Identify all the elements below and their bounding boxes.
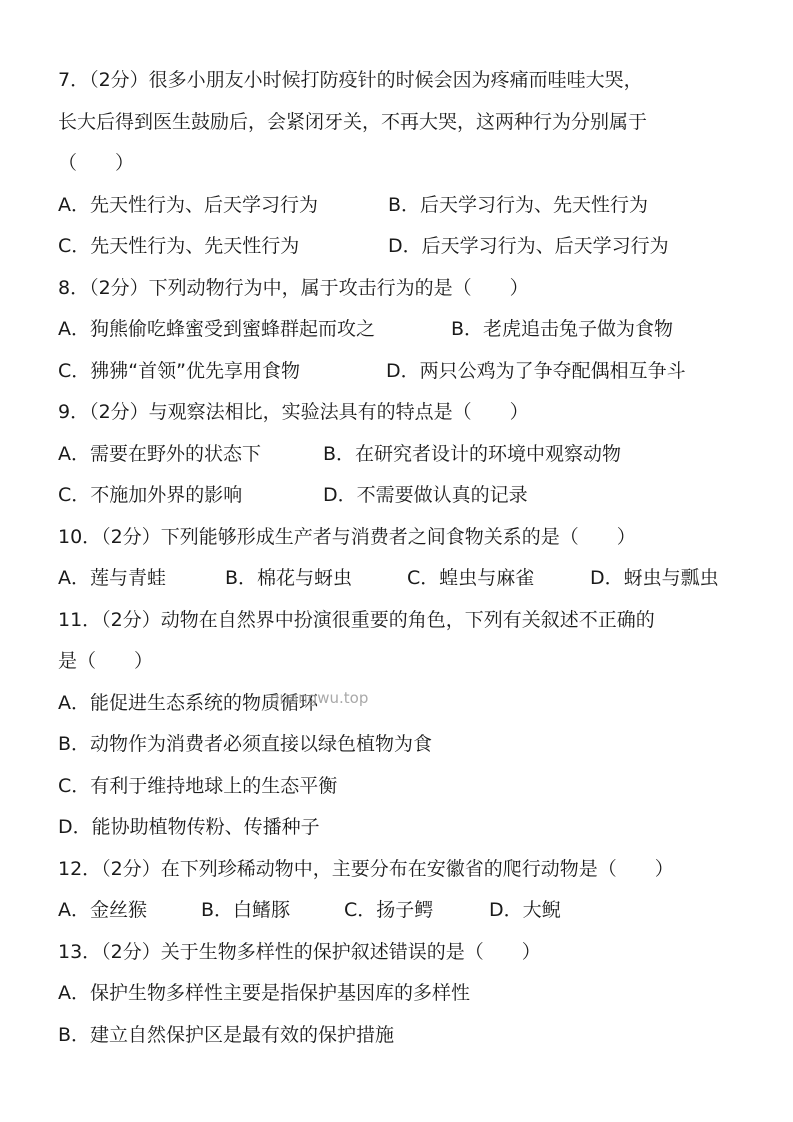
question-7: 7．（2分）很多小朋友小时候打防疫针的时候会因为疼痛而哇哇大哭， 长大后得到医生… [58, 60, 758, 268]
question-stem-line: 11．（2分）动物在自然界中扮演很重要的角色，下列有关叙述不正确的 [58, 600, 758, 642]
question-stem-line: 10．（2分）下列能够形成生产者与消费者之间食物关系的是（ ） [58, 517, 758, 559]
option-c: C．先天性行为、先天性行为 [58, 226, 388, 268]
option-a: A．金丝猴 [58, 890, 201, 932]
option-c: C．有利于维持地球上的生态平衡 [58, 766, 758, 808]
option-b: B．老虎追击兔子做为食物 [451, 309, 673, 351]
question-11: 11．（2分）动物在自然界中扮演很重要的角色，下列有关叙述不正确的 是（ ） A… [58, 600, 758, 849]
option-row: A．金丝猴 B．白鳍豚 C．扬子鳄 D．大鲵 [58, 890, 758, 932]
option-d: D．后天学习行为、后天学习行为 [388, 226, 669, 268]
option-a: A．先天性行为、后天学习行为 [58, 185, 388, 227]
question-10: 10．（2分）下列能够形成生产者与消费者之间食物关系的是（ ） A．莲与青蛙 B… [58, 517, 758, 600]
option-d: D．能协助植物传粉、传播种子 [58, 807, 758, 849]
option-b: B．后天学习行为、先天性行为 [388, 185, 648, 227]
option-c: C．不施加外界的影响 [58, 475, 323, 517]
option-b: B．白鳍豚 [201, 890, 344, 932]
option-a: A．能促进生态系统的物质循环 [58, 683, 758, 725]
option-row: C．狒狒“首领”优先享用食物 D．两只公鸡为了争夺配偶相互争斗 [58, 351, 758, 393]
question-stem-line: 是（ ） [58, 641, 758, 683]
question-stem-line: 12．（2分）在下列珍稀动物中，主要分布在安徽省的爬行动物是（ ） [58, 849, 758, 891]
question-stem-line: 长大后得到医生鼓励后，会紧闭牙关，不再大哭，这两种行为分别属于 [58, 102, 758, 144]
option-row: A．狗熊偷吃蜂蜜受到蜜蜂群起而攻之 B．老虎追击兔子做为食物 [58, 309, 758, 351]
question-8: 8．（2分）下列动物行为中，属于攻击行为的是（ ） A．狗熊偷吃蜂蜜受到蜜蜂群起… [58, 268, 758, 393]
question-13: 13．（2分）关于生物多样性的保护叙述错误的是（ ） A．保护生物多样性主要是指… [58, 932, 758, 1057]
option-c: C．蝗虫与麻雀 [407, 558, 590, 600]
option-d: D．蚜虫与瓢虫 [590, 558, 757, 600]
option-d: D．不需要做认真的记录 [323, 475, 528, 517]
option-b: B．棉花与蚜虫 [225, 558, 407, 600]
option-row: C．不施加外界的影响 D．不需要做认真的记录 [58, 475, 758, 517]
question-stem-line: 13．（2分）关于生物多样性的保护叙述错误的是（ ） [58, 932, 758, 974]
question-9: 9．（2分）与观察法相比，实验法具有的特点是（ ） A．需要在野外的状态下 B．… [58, 392, 758, 517]
watermark: guangwu.top [270, 689, 368, 707]
option-d: D．两只公鸡为了争夺配偶相互争斗 [386, 351, 686, 393]
option-a: A．需要在野外的状态下 [58, 434, 323, 476]
exam-page: 7．（2分）很多小朋友小时候打防疫针的时候会因为疼痛而哇哇大哭， 长大后得到医生… [58, 60, 758, 1056]
question-stem-line: 9．（2分）与观察法相比，实验法具有的特点是（ ） [58, 392, 758, 434]
question-stem-line: 7．（2分）很多小朋友小时候打防疫针的时候会因为疼痛而哇哇大哭， [58, 60, 758, 102]
option-row: A．需要在野外的状态下 B．在研究者设计的环境中观察动物 [58, 434, 758, 476]
option-row: C．先天性行为、先天性行为 D．后天学习行为、后天学习行为 [58, 226, 758, 268]
option-a: A．狗熊偷吃蜂蜜受到蜜蜂群起而攻之 [58, 309, 451, 351]
question-stem-line: （ ） [58, 143, 758, 185]
option-row: A．先天性行为、后天学习行为 B．后天学习行为、先天性行为 [58, 185, 758, 227]
option-b: B．在研究者设计的环境中观察动物 [323, 434, 621, 476]
option-b: B．动物作为消费者必须直接以绿色植物为食 [58, 724, 758, 766]
option-c: C．扬子鳄 [344, 890, 489, 932]
option-a: A．保护生物多样性主要是指保护基因库的多样性 [58, 973, 758, 1015]
option-a: A．莲与青蛙 [58, 558, 225, 600]
option-c: C．狒狒“首领”优先享用食物 [58, 351, 386, 393]
option-row: A．莲与青蛙 B．棉花与蚜虫 C．蝗虫与麻雀 D．蚜虫与瓢虫 [58, 558, 758, 600]
option-d: D．大鲵 [489, 890, 561, 932]
question-12: 12．（2分）在下列珍稀动物中，主要分布在安徽省的爬行动物是（ ） A．金丝猴 … [58, 849, 758, 932]
question-stem-line: 8．（2分）下列动物行为中，属于攻击行为的是（ ） [58, 268, 758, 310]
option-b: B．建立自然保护区是最有效的保护措施 [58, 1015, 758, 1057]
